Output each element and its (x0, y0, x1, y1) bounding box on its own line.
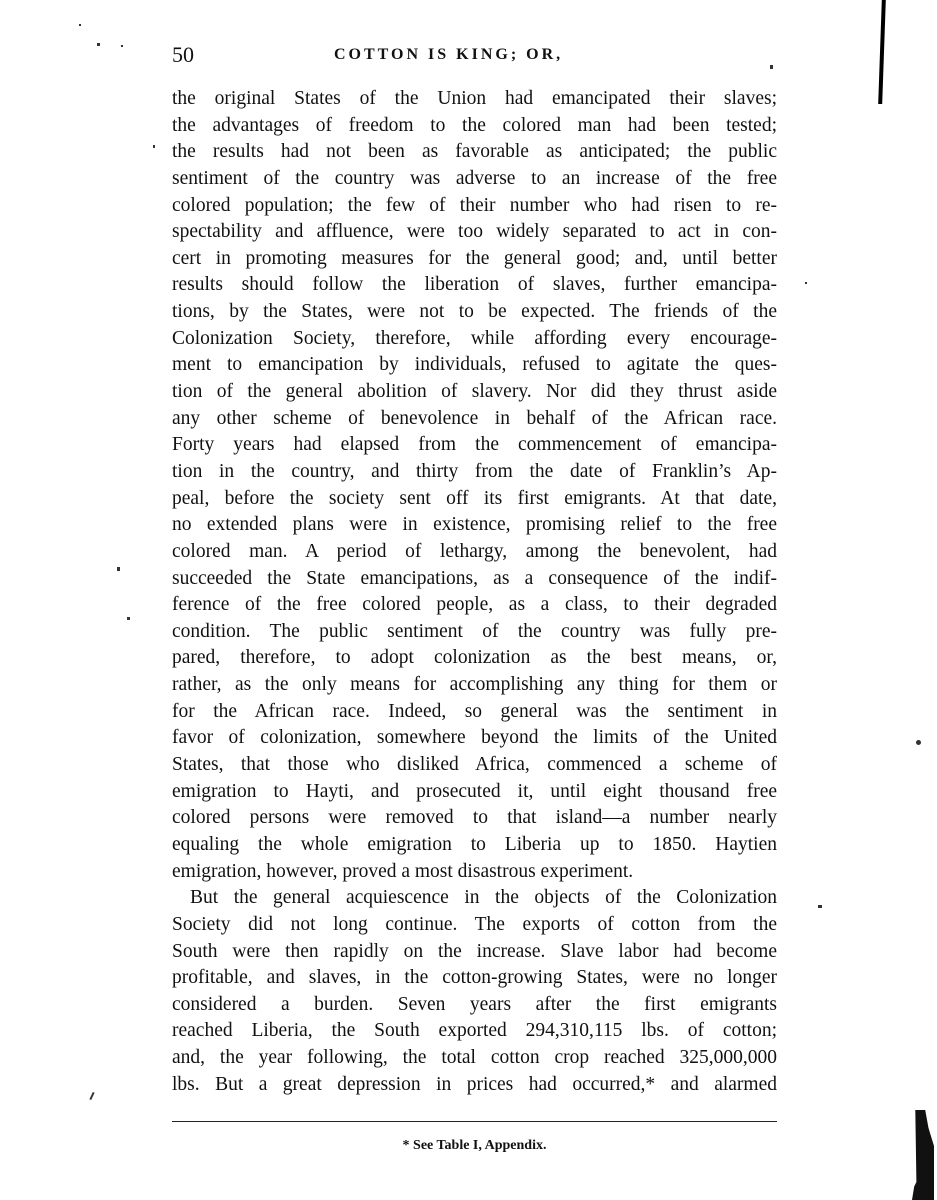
text-line: States, that those who disliked Africa, … (172, 752, 777, 779)
text-line: the original States of the Union had ema… (172, 86, 777, 113)
running-head: 50 COTTON IS KING; OR, (172, 42, 777, 72)
scan-edge-mark (878, 0, 886, 104)
text-line: equaling the whole emigration to Liberia… (172, 832, 777, 859)
scan-speck (97, 43, 100, 46)
paragraph-start-line: But the general acquiescence in the obje… (172, 885, 777, 912)
text-line: pared, therefore, to adopt colonization … (172, 645, 777, 672)
footnote: * See Table I, Appendix. (172, 1138, 777, 1154)
text-line: tion of the general abolition of slavery… (172, 379, 777, 406)
text-line: spectability and affluence, were too wid… (172, 219, 777, 246)
text-line: ference of the free colored people, as a… (172, 592, 777, 619)
text-line: cert in promoting measures for the gener… (172, 246, 777, 273)
paragraph-end-line: emigration, however, proved a most disas… (172, 859, 777, 886)
text-line: colored man. A period of lethargy, among… (172, 539, 777, 566)
text-line: tions, by the States, were not to be exp… (172, 299, 777, 326)
scan-speck (121, 45, 123, 47)
scan-speck (818, 905, 822, 908)
running-title: COTTON IS KING; OR, (334, 46, 563, 64)
text-line: results should follow the liberation of … (172, 272, 777, 299)
scan-speck (805, 282, 807, 284)
text-line: South were then rapidly on the increase.… (172, 939, 777, 966)
scan-speck (916, 740, 921, 745)
text-line: peal, before the society sent off its fi… (172, 486, 777, 513)
text-line: for the African race. Indeed, so general… (172, 699, 777, 726)
text-line: considered a burden. Seven years after t… (172, 992, 777, 1019)
text-line: profitable, and slaves, in the cotton-gr… (172, 965, 777, 992)
text-line: Colonization Society, therefore, while a… (172, 326, 777, 353)
text-line: colored persons were removed to that isl… (172, 805, 777, 832)
scan-speck (89, 1092, 94, 1100)
text-line: no extended plans were in existence, pro… (172, 512, 777, 539)
footnote-divider (172, 1121, 777, 1122)
text-line: the advantages of freedom to the colored… (172, 113, 777, 140)
text-line: the results had not been as favorable as… (172, 139, 777, 166)
scan-speck (79, 24, 81, 26)
text-line: rather, as the only means for accomplish… (172, 672, 777, 699)
scan-edge-blot (912, 1110, 934, 1200)
body-text: the original States of the Union had ema… (172, 86, 777, 1098)
text-line: succeeded the State emancipations, as a … (172, 566, 777, 593)
scan-speck (153, 145, 155, 148)
page-number: 50 (172, 42, 194, 68)
text-line: tion in the country, and thirty from the… (172, 459, 777, 486)
text-line: Society did not long continue. The expor… (172, 912, 777, 939)
scan-speck (117, 567, 120, 571)
scan-speck (770, 65, 773, 69)
text-line: lbs. But a great depression in prices ha… (172, 1072, 777, 1099)
text-line: sentiment of the country was adverse to … (172, 166, 777, 193)
text-line: any other scheme of benevolence in behal… (172, 406, 777, 433)
book-page: 50 COTTON IS KING; OR, the original Stat… (0, 0, 937, 1200)
text-line: favor of colonization, somewhere beyond … (172, 725, 777, 752)
text-line: Forty years had elapsed from the commenc… (172, 432, 777, 459)
text-line: emigration to Hayti, and prosecuted it, … (172, 779, 777, 806)
text-line: condition. The public sentiment of the c… (172, 619, 777, 646)
scan-speck (127, 617, 130, 620)
text-line: ment to emancipation by individuals, ref… (172, 352, 777, 379)
text-line: reached Liberia, the South exported 294,… (172, 1018, 777, 1045)
text-line: colored population; the few of their num… (172, 193, 777, 220)
text-line: and, the year following, the total cotto… (172, 1045, 777, 1072)
